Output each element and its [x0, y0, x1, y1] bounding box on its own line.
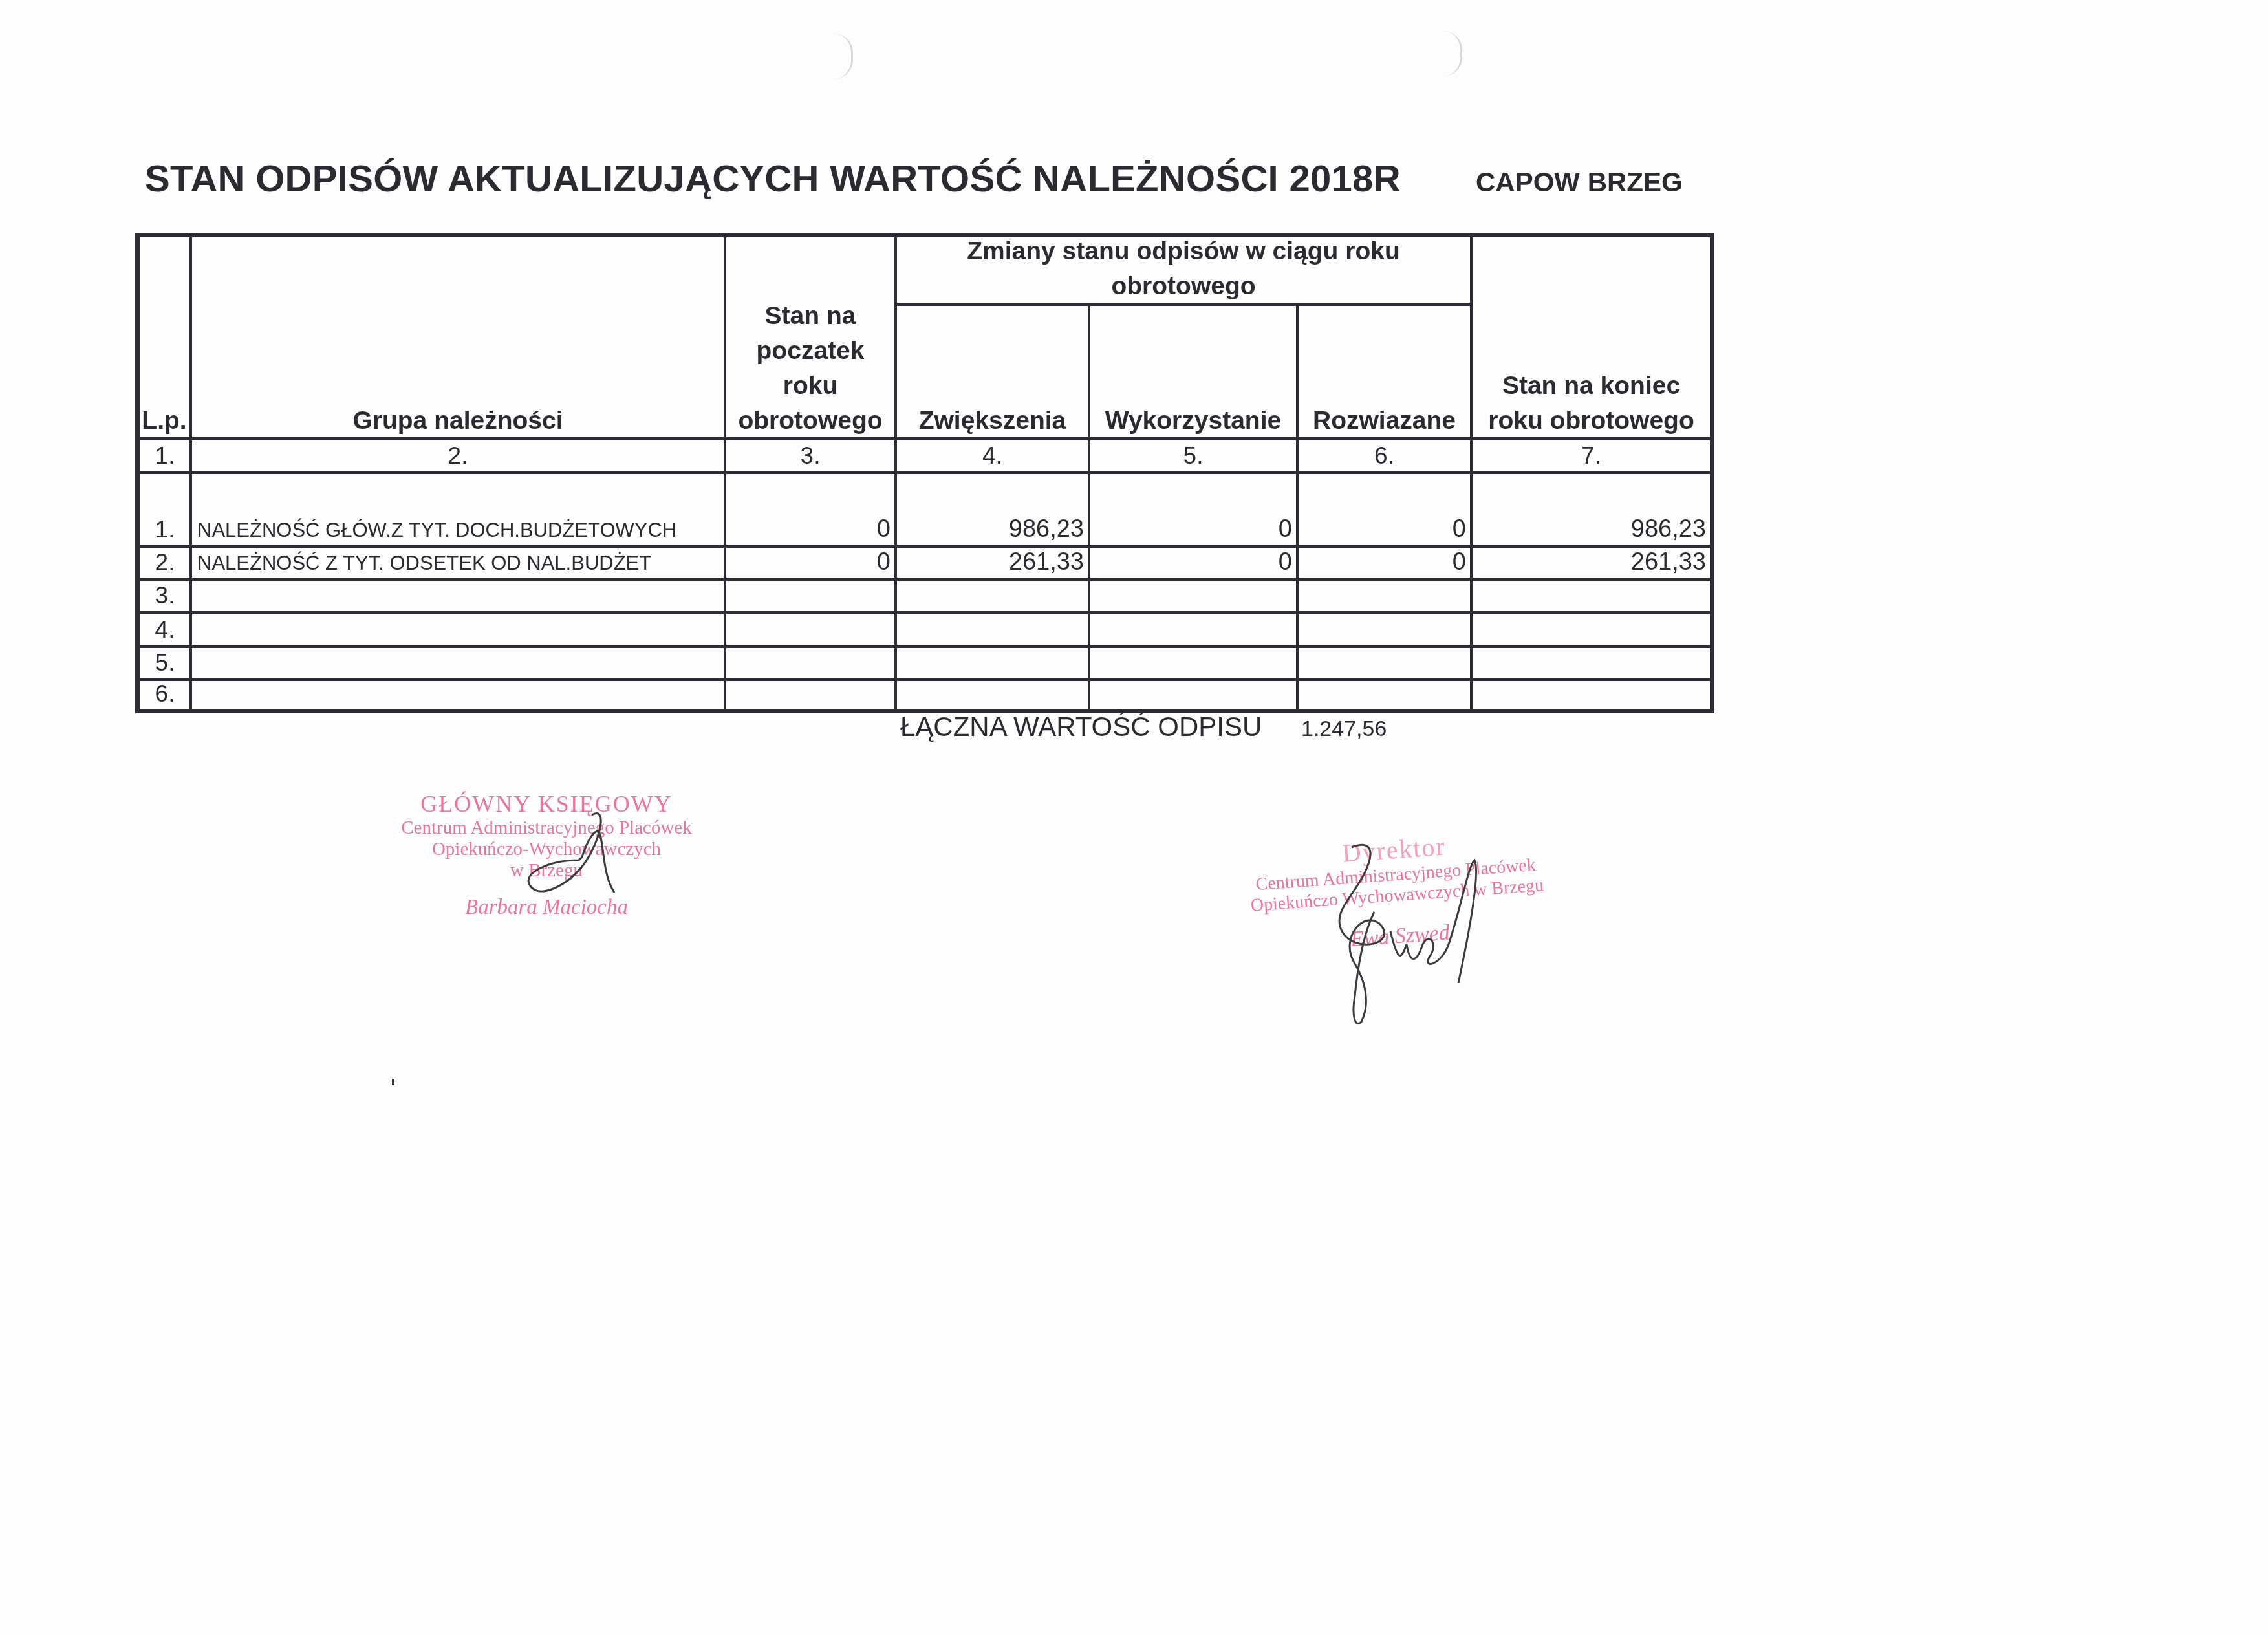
table-cell-usage: 0 — [1090, 474, 1296, 545]
table-cell-group — [192, 648, 724, 678]
header-line: Stan na koniec — [1502, 369, 1680, 404]
header-released: Rozwiazane — [1299, 306, 1470, 439]
header-lp-label: L.p. — [142, 404, 186, 439]
write-down-table: L.p. Grupa należności Stan napoczatekrok… — [135, 233, 1714, 713]
table-cell-end — [1473, 581, 1710, 611]
header-line: Stan na — [765, 299, 856, 334]
header-line: roku — [783, 369, 838, 404]
header-changes-group: Zmiany stanu odpisów w ciągu rokuobrotow… — [897, 235, 1470, 303]
column-number: 4. — [897, 440, 1088, 471]
header-line: obrotowego — [1111, 269, 1255, 303]
header-lp: L.p. — [138, 233, 191, 439]
header-usage: Wykorzystanie — [1090, 306, 1296, 439]
table-cell-start — [726, 614, 894, 645]
column-number: 7. — [1473, 440, 1710, 471]
table-cell-lp: 6. — [138, 681, 192, 709]
punch-hole-mark — [1443, 31, 1462, 76]
header-end-balance: Stan na koniecroku obrotowego — [1473, 233, 1710, 439]
table-cell-increases — [897, 681, 1088, 709]
table-cell-lp: 5. — [138, 648, 192, 678]
table-cell-start — [726, 581, 894, 611]
table-cell-increases — [897, 614, 1088, 645]
header-line: roku obrotowego — [1488, 404, 1694, 439]
header-usage-label: Wykorzystanie — [1105, 404, 1281, 439]
table-cell-usage — [1090, 581, 1296, 611]
document-title: STAN ODPISÓW AKTUALIZUJĄCYCH WARTOŚĆ NAL… — [145, 157, 1401, 200]
column-number: 3. — [726, 440, 894, 471]
header-start-balance: Stan napoczatekrokuobrotowego — [726, 233, 894, 439]
table-cell-released — [1299, 614, 1470, 645]
table-cell-released — [1299, 581, 1470, 611]
table-cell-usage — [1090, 681, 1296, 709]
header-released-label: Rozwiazane — [1313, 404, 1456, 439]
table-cell-increases: 261,33 — [897, 548, 1088, 578]
table-cell-usage: 0 — [1090, 548, 1296, 578]
header-increases: Zwiększenia — [897, 306, 1088, 439]
table-cell-increases — [897, 581, 1088, 611]
table-cell-group: NALEŻNOŚĆ GŁÓW.Z TYT. DOCH.BUDŻETOWYCH — [192, 474, 724, 545]
table-cell-end: 986,23 — [1473, 474, 1710, 545]
table-cell-released — [1299, 681, 1470, 709]
total-value: 1.247,56 — [1301, 717, 1387, 742]
table-cell-start — [726, 681, 894, 709]
table-cell-end: 261,33 — [1473, 548, 1710, 578]
table-cell-end — [1473, 681, 1710, 709]
table-cell-released: 0 — [1299, 474, 1470, 545]
header-line: poczatek — [757, 334, 865, 369]
table-cell-group: NALEŻNOŚĆ Z TYT. ODSETEK OD NAL.BUDŻET — [192, 548, 724, 578]
table-cell-usage — [1090, 648, 1296, 678]
column-number: 5. — [1090, 440, 1296, 471]
column-number: 2. — [192, 440, 724, 471]
table-cell-start — [726, 648, 894, 678]
table-cell-lp: 2. — [138, 548, 192, 578]
header-line: obrotowego — [738, 404, 882, 439]
director-signature — [1326, 834, 1533, 1035]
table-cell-group — [192, 581, 724, 611]
table-cell-increases: 986,23 — [897, 474, 1088, 545]
scan-speck — [392, 1079, 394, 1085]
total-label: ŁĄCZNA WARTOŚĆ ODPISU — [900, 711, 1298, 742]
chief-accountant-signature — [504, 802, 647, 912]
table-cell-group — [192, 681, 724, 709]
table-cell-start: 0 — [726, 474, 894, 545]
header-line: Zmiany stanu odpisów w ciągu roku — [967, 235, 1400, 269]
table-cell-released — [1299, 648, 1470, 678]
table-cell-released: 0 — [1299, 548, 1470, 578]
table-cell-increases — [897, 648, 1088, 678]
table-cell-group — [192, 614, 724, 645]
column-number: 6. — [1299, 440, 1470, 471]
table-cell-lp: 1. — [138, 474, 192, 545]
table-cell-usage — [1090, 614, 1296, 645]
table-cell-end — [1473, 648, 1710, 678]
table-cell-start: 0 — [726, 548, 894, 578]
organization-name: CAPOW BRZEG — [1476, 167, 1683, 198]
punch-hole-mark — [834, 34, 853, 79]
header-group-label: Grupa należności — [352, 404, 563, 439]
header-increases-label: Zwiększenia — [919, 404, 1066, 439]
header-group: Grupa należności — [192, 233, 724, 439]
column-number: 1. — [138, 440, 192, 471]
table-cell-lp: 3. — [138, 581, 192, 611]
table-cell-lp: 4. — [138, 614, 192, 645]
table-cell-end — [1473, 614, 1710, 645]
